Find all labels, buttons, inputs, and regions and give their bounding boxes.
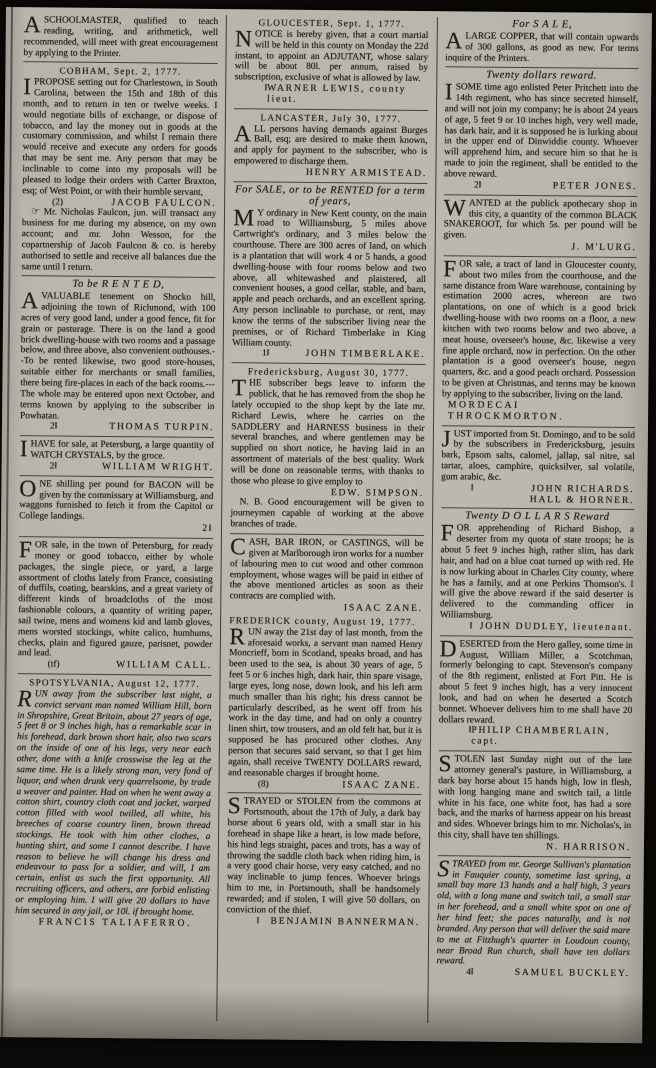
signature-line: ISAAC ZANE. [230,602,423,615]
ad-body-text: STRAYED or STOLEN from the commons at Po… [227,797,421,918]
ad-postscript: ☞ Mr. Nicholas Faulcon, jun. will transa… [21,208,216,275]
signature-name: HALL & HORNER. [530,495,635,507]
drop-cap-letter: F [441,523,457,543]
ad-separator-rule [445,67,638,70]
signature-name: J. M'LURG. [571,242,636,253]
signature-line: HALL & HORNER. [441,494,634,507]
ad-body-text: FOR sale, a tract of land in Gloucester … [442,259,637,402]
advertisement: FREDERICK county, August 19, 1777.RUN aw… [228,615,423,791]
drop-cap-letter: A [24,15,44,35]
newspaper-column-3: For S A L E,ALARGE COPPER, that will con… [427,17,647,1025]
advertisement: For S A L E,ALARGE COPPER, that will con… [445,19,639,65]
ad-body-text: ISOME time ago enlisted Peter Pritchett … [444,82,638,181]
signature-name: SAMUEL BUCKLEY. [515,968,630,980]
advertisement: For SALE, or to be RENTED for a term of … [232,185,427,361]
signature-line: ‖WARNER LEWIS, county lieut. [234,83,428,107]
ad-body-text: ALL persons having demands against Burge… [234,124,428,169]
advertisement: DESERTED from the Hero galley, some time… [439,639,633,749]
advertisement: COBHAM, Sept. 2, 1777.IPROPOSE setting o… [21,66,217,275]
drop-cap-letter: F [443,259,459,279]
signature-mark: ‖ [471,483,474,494]
advertisement: Twenty dollars reward.ISOME time ago enl… [444,71,638,193]
ad-body-text: RUN away from the subscriber last night,… [15,689,212,919]
ad-separator-rule [230,533,423,536]
drop-cap-letter: W [444,198,469,218]
drop-cap-letter: A [234,124,254,144]
ad-separator-rule [19,475,213,478]
ad-body-text: DESERTED from the Hero galley, some time… [439,639,633,728]
signature-line: (tf)WILLIAM CALL. [18,659,212,672]
ad-heading: Twenty dollars reward. [445,71,638,84]
advertisement: WANTED at the publick apothecary shop in… [443,198,637,254]
drop-cap-letter: R [17,689,35,709]
advertisement: STOLEN last Sunday night out of the late… [438,754,632,853]
signature-line: ‖BENJAMIN BANNERMAN. [227,916,420,929]
ad-body-text: ONE shilling per pound for BACON will be… [19,479,214,524]
drop-cap-letter: S [228,797,244,817]
newspaper-column-2: GLOUCESTER, Sept. 1, 1777.NOTICE is here… [217,15,437,1023]
drop-cap-letter: C [230,537,249,557]
advertisement: JUST imported from St. Domingo, and to b… [441,429,635,507]
ad-body-text: ALARGE COPPER, that will contain upwards… [445,31,639,65]
signature-name: N. HARRISON. [546,842,631,854]
signature-line: 2‖THOMAS TURPIN. [20,422,214,435]
ad-separator-rule [440,635,633,638]
signature-name: WARNER LEWIS, county lieut. [267,84,428,107]
ad-separator-rule [21,276,215,279]
drop-cap-letter: S [437,859,452,879]
ad-separator-rule [234,181,427,184]
signature-mark: (8) [258,779,269,790]
signature-mark: (tf) [48,660,60,671]
signature-line: (8)ISAAC ZANE. [228,779,421,792]
ad-dateline: LANCASTER, July 30, 1777. [234,112,427,125]
advertisement: GLOUCESTER, Sept. 1, 1777.NOTICE is here… [234,17,428,107]
signature-name: WILLIAM CALL. [116,660,212,672]
ad-body-text: FOR apprehending of Richard Bishop, a de… [440,523,634,622]
drop-cap-letter: R [229,627,248,647]
drop-cap-letter: F [19,540,35,560]
columns: ASCHOOLMASTER, qualified to teach readin… [6,13,647,1025]
advertisement: FOR sale, a tract of land in Gloucester … [442,259,637,424]
signature-name: PHILIP CHAMBERLAIN, capt. [471,726,632,749]
advertisement: CASH, BAR IRON, or CASTINGS, will be giv… [230,537,424,615]
ad-body-text: NOTICE is hereby given, that a court mar… [235,29,429,85]
ad-body-text: JUST imported from St. Domingo, and to b… [441,429,635,485]
drop-cap-letter: D [439,639,459,659]
signature-name: ISAAC ZANE. [344,603,423,615]
signature-mark: 4‖ [466,968,473,979]
ad-heading: To be R E N T E D, [21,280,215,293]
ad-heading: For S A L E, [445,19,638,32]
signature-line: HENRY ARMISTEAD. [234,167,427,180]
signature-name: HENRY ARMISTEAD. [306,168,427,180]
ad-separator-rule [18,673,212,676]
drop-cap-letter: T [232,378,250,398]
advertisement: STRAYED from mr. George Sullivan's plant… [436,859,630,980]
signature-line: 2‖ [19,522,213,535]
signature-line: 4‖SAMUEL BUCKLEY. [436,967,629,980]
ad-dateline: SPOTSYLVANIA, August 12, 1777. [17,677,211,690]
drop-cap-letter: A [445,31,465,51]
signature-line: ‖JOHN DUDLEY, lieutenant. [440,621,633,634]
drop-cap-letter: I [23,77,34,97]
ad-separator-rule [228,793,421,796]
signature-line: 1‖JOHN TIMBERLAKE. [232,349,425,362]
drop-cap-letter: A [21,291,41,311]
newspaper-column-1: ASCHOOLMASTER, qualified to teach readin… [6,13,226,1021]
advertisement: STRAYED or STOLEN from the commons at Po… [227,797,422,929]
signature-name: THOMAS TURPIN. [109,422,214,434]
ad-heading: Twenty D O L L A R S Reward [441,512,634,525]
advertisement: Twenty D O L L A R S RewardFOR apprehend… [440,512,634,634]
ad-body-text: STOLEN last Sunday night out of the late… [438,754,632,843]
signature-mark: 2‖ [474,180,481,191]
signature-mark: 2‖ [50,422,57,433]
signature-name: BENJAMIN BANNERMAN. [270,916,419,928]
signature-mark: (2) [52,197,63,208]
signature-mark: 2‖ [50,461,57,472]
ad-heading: For SALE, or to be RENTED for a term of … [233,185,427,209]
signature-name: 2‖ [202,524,213,535]
ad-postscript: N. B. Good encouragement will be given t… [230,498,424,532]
ad-body-text: STRAYED from mr. George Sullivan's plant… [436,859,630,969]
advertisement: Fredericksburg, August 30, 1777.THE subs… [230,366,425,532]
ad-dateline: Fredericksburg, August 30, 1777. [232,366,425,379]
signature-line: FRANCIS TALIAFERRO. [15,917,209,930]
ad-dateline: COBHAM, Sept. 2, 1777. [23,66,217,79]
signature-name: MORDECAI THROCKMORTON. [448,400,636,423]
signature-mark: 1‖ [262,349,269,360]
ad-body-text: THE subscriber begs leave to inform the … [231,378,425,488]
signature-line: 2‖WILLIAM WRIGHT. [20,461,214,474]
ad-separator-rule [19,536,213,539]
ad-body-text: RUN away the 21st day of last month, fro… [228,627,423,781]
drop-cap-letter: M [233,208,257,228]
signature-line: 2‖PETER JONES. [444,180,637,193]
signature-name: WILLIAM WRIGHT. [102,462,214,474]
drop-cap-letter: I [20,439,31,459]
ad-separator-rule [439,750,632,753]
ad-separator-rule [438,855,631,858]
drop-cap-letter: N [235,29,255,49]
ad-separator-rule [234,108,427,111]
advertisement: LANCASTER, July 30, 1777.ALL persons hav… [234,112,428,180]
drop-cap-letter: S [438,754,454,774]
ad-body-text: AVALUABLE tenement on Shocko hill, adjoi… [20,291,216,423]
signature-name: FRANCIS TALIAFERRO. [39,917,193,929]
signature-line: ‖PHILIP CHAMBERLAIN, capt. [439,726,633,750]
ad-body-text: WANTED at the publick apothecary shop in… [443,198,637,243]
advertisement: FOR sale, in the town of Petersburg, for… [18,540,214,672]
manicule-icon: ☞ [31,207,40,218]
signature-mark: ‖ [257,916,260,927]
advertisement: SPOTSYLVANIA, August 12, 1777.RUN away f… [15,677,212,929]
ad-body-text: CASH, BAR IRON, or CASTINGS, will be giv… [230,537,424,604]
ad-body-text: IHAVE for sale, at Petersburg, a large q… [20,439,215,463]
ad-dateline: FREDERICK county, August 19, 1777. [229,615,422,628]
signature-mark: ‖ [470,621,473,632]
signature-name: JOHN TIMBERLAKE. [306,349,426,361]
signature-name: PETER JONES. [553,181,638,193]
newspaper-page: ASCHOOLMASTER, qualified to teach readin… [0,7,652,1043]
ad-body-text: FOR sale, in the town of Petersburg, for… [18,540,213,661]
advertisement: To be R E N T E D,AVALUABLE tenement on … [20,280,216,435]
signature-line: MORDECAI THROCKMORTON. [442,400,636,424]
advertisement: ONE shilling per pound for BACON will be… [19,479,214,535]
signature-line: J. M'LURG. [443,241,636,254]
drop-cap-letter: J [441,429,453,449]
ad-separator-rule [443,255,636,258]
signature-name: ISAAC ZANE. [342,780,421,792]
ad-body-text: IPROPOSE setting out for Charlestown, in… [22,77,217,198]
ad-separator-rule [444,194,637,197]
ad-separator-rule [20,435,214,438]
ad-body-text: MY ordinary in New Kent county, on the m… [232,208,427,351]
advertisement: IHAVE for sale, at Petersburg, a large q… [20,439,215,473]
drop-cap-letter: I [445,82,456,102]
ad-separator-rule [442,425,635,428]
ad-dateline: GLOUCESTER, Sept. 1, 1777. [235,17,428,30]
signature-name: JOHN DUDLEY, lieutenant. [480,621,633,633]
ad-separator-rule [232,362,425,365]
drop-cap-letter: O [19,479,39,499]
signature-line: N. HARRISON. [438,841,631,854]
advertisement: ASCHOOLMASTER, qualified to teach readin… [24,15,219,60]
ad-body-text: ASCHOOLMASTER, qualified to teach readin… [24,15,219,60]
ad-separator-rule [23,62,217,65]
newspaper-photo: { "document_type": "colonial newspaper a… [0,0,656,1068]
